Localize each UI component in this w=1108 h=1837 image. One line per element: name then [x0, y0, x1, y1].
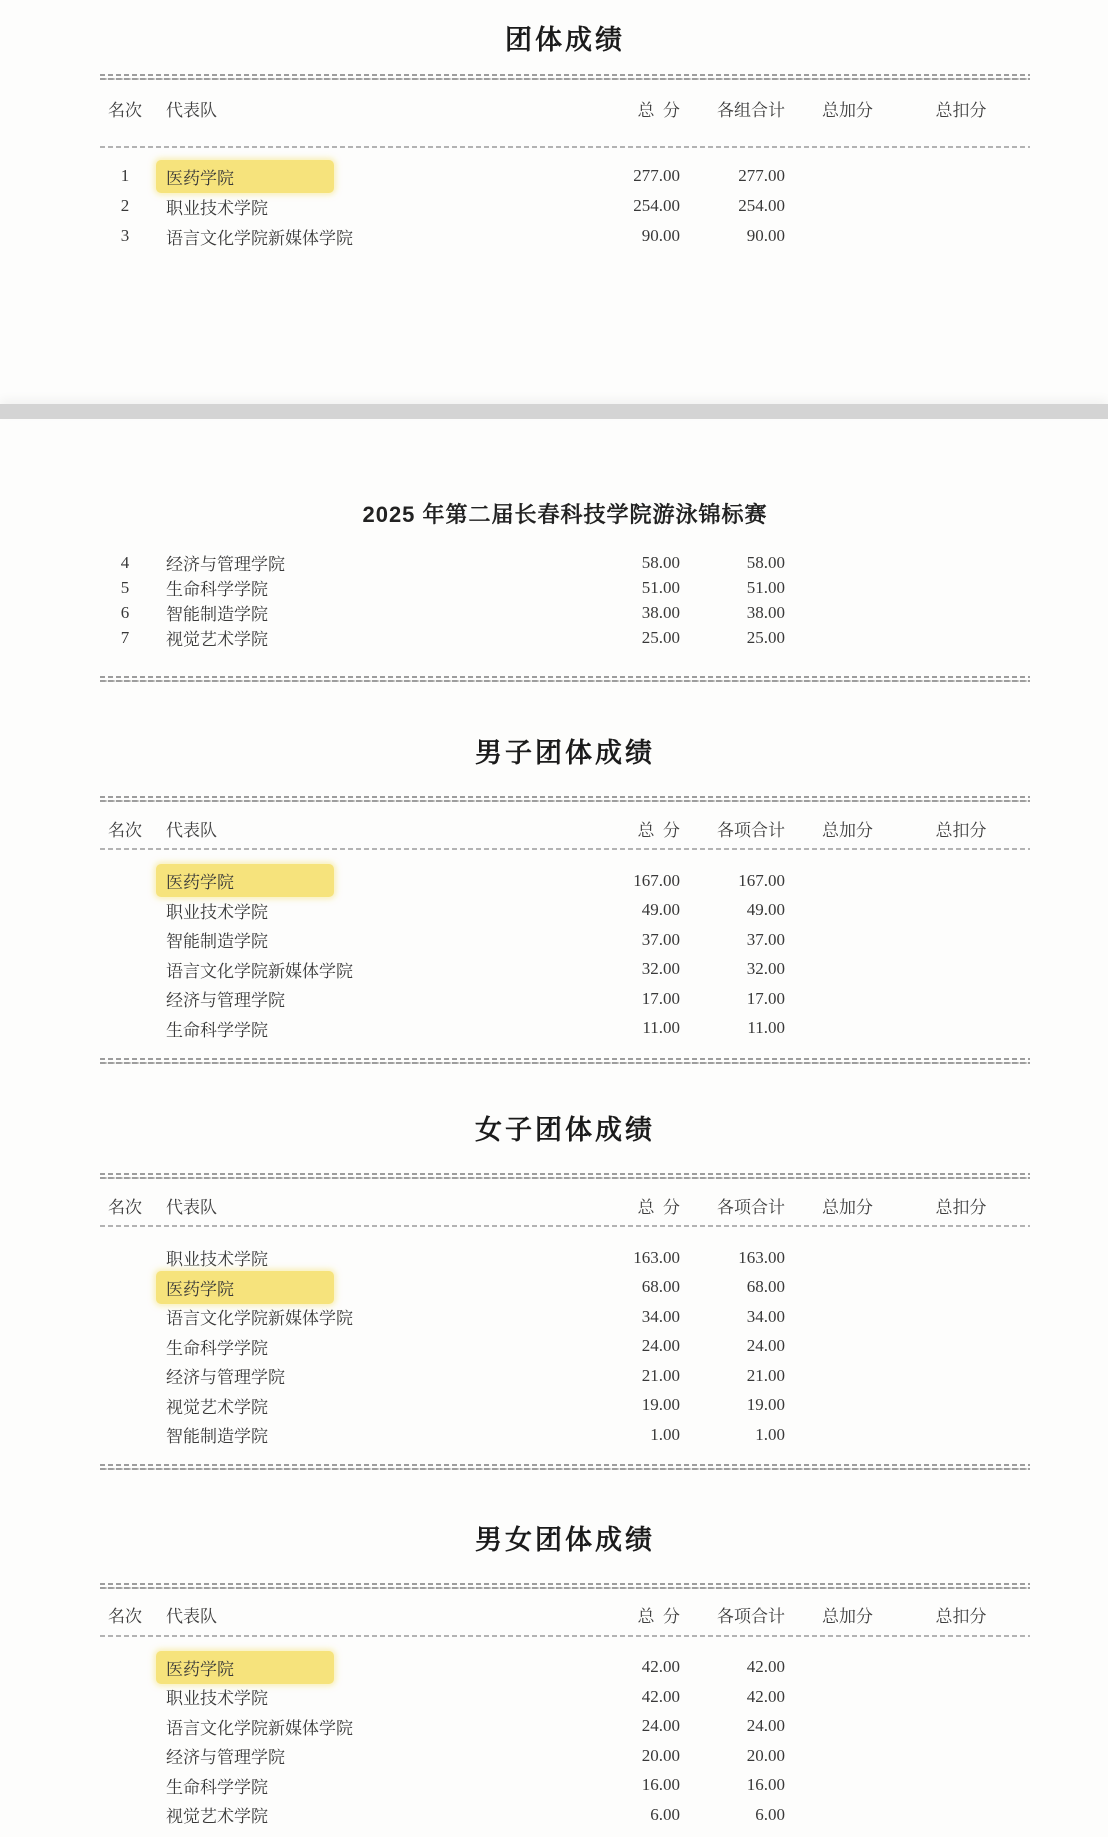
- team-name: 智能制造学院: [166, 932, 268, 951]
- row-subtotal: 68.00: [680, 1277, 785, 1297]
- row-rank: 6: [100, 603, 150, 623]
- row-subtotal: 32.00: [680, 959, 785, 979]
- col-total: 总 分: [540, 816, 680, 841]
- team-name-highlighted: 医药学院: [156, 160, 334, 193]
- row-total: 38.00: [540, 603, 680, 623]
- row-subtotal: 25.00: [680, 628, 785, 648]
- col-total: 总 分: [540, 1193, 680, 1218]
- row-subtotal: 277.00: [680, 166, 785, 186]
- col-deduction: 总扣分: [910, 816, 1030, 841]
- table-row: 1医药学院277.00277.00: [100, 161, 1030, 191]
- row-team: 经济与管理学院: [150, 550, 540, 575]
- row-rank: 3: [100, 226, 150, 246]
- col-subtotal: 各项合计: [680, 1193, 785, 1218]
- row-subtotal: 24.00: [680, 1716, 785, 1736]
- row-subtotal: 51.00: [680, 578, 785, 598]
- col-team: 代表队: [150, 96, 540, 121]
- table-row: 职业技术学院42.0042.00: [100, 1682, 1030, 1712]
- row-total: 21.00: [540, 1366, 680, 1386]
- row-subtotal: 42.00: [680, 1687, 785, 1707]
- table-rows-men: 医药学院167.00167.00职业技术学院49.0049.00智能制造学院37…: [100, 866, 1030, 1043]
- col-bonus: 总加分: [785, 816, 910, 841]
- team-name: 智能制造学院: [166, 1427, 268, 1446]
- document-title: 2025 年第二届长春科技学院游泳锦标赛: [100, 419, 1030, 528]
- team-name: 语言文化学院新媒体学院: [166, 229, 353, 248]
- col-subtotal: 各项合计: [680, 1602, 785, 1627]
- row-team: 职业技术学院: [150, 1245, 540, 1270]
- col-subtotal: 各项合计: [680, 816, 785, 841]
- divider-double: [100, 73, 1030, 81]
- section-title-overall: 团体成绩: [100, 0, 1030, 54]
- table-rows-mixed: 医药学院42.0042.00职业技术学院42.0042.00语言文化学院新媒体学…: [100, 1653, 1030, 1830]
- row-total: 68.00: [540, 1277, 680, 1297]
- row-total: 16.00: [540, 1775, 680, 1795]
- section-women: 女子团体成绩 名次 代表队 总 分 各项合计 总加分 总扣分 职业技术学院163…: [100, 1065, 1030, 1471]
- table-header-men: 名次 代表队 总 分 各项合计 总加分 总扣分: [100, 815, 1030, 841]
- table-row: 语言文化学院新媒体学院32.0032.00: [100, 955, 1030, 985]
- row-total: 20.00: [540, 1746, 680, 1766]
- col-total: 总 分: [540, 96, 680, 121]
- row-subtotal: 1.00: [680, 1425, 785, 1445]
- row-rank: 7: [100, 628, 150, 648]
- team-name: 语言文化学院新媒体学院: [166, 1309, 353, 1328]
- row-subtotal: 37.00: [680, 930, 785, 950]
- row-subtotal: 49.00: [680, 900, 785, 920]
- row-team: 语言文化学院新媒体学院: [150, 1714, 540, 1739]
- row-team: 语言文化学院新媒体学院: [150, 224, 540, 249]
- col-bonus: 总加分: [785, 1193, 910, 1218]
- row-total: 167.00: [540, 871, 680, 891]
- table-row: 智能制造学院37.0037.00: [100, 925, 1030, 955]
- divider-double: [100, 1057, 1030, 1065]
- divider-double: [100, 675, 1030, 683]
- row-total: 277.00: [540, 166, 680, 186]
- team-name: 生命科学学院: [166, 1778, 268, 1797]
- col-rank: 名次: [100, 816, 150, 841]
- row-team: 生命科学学院: [150, 575, 540, 600]
- team-name: 视觉艺术学院: [166, 1398, 268, 1417]
- row-subtotal: 90.00: [680, 226, 785, 246]
- team-name: 语言文化学院新媒体学院: [166, 962, 353, 981]
- col-deduction: 总扣分: [910, 1602, 1030, 1627]
- row-total: 6.00: [540, 1805, 680, 1825]
- row-total: 254.00: [540, 196, 680, 216]
- row-subtotal: 38.00: [680, 603, 785, 623]
- row-team: 生命科学学院: [150, 1016, 540, 1041]
- table-header-mixed: 名次 代表队 总 分 各项合计 总加分 总扣分: [100, 1602, 1030, 1628]
- table-row: 经济与管理学院21.0021.00: [100, 1361, 1030, 1391]
- table-row: 经济与管理学院17.0017.00: [100, 984, 1030, 1014]
- divider-double: [100, 1582, 1030, 1590]
- table-rows-overall: 1医药学院277.00277.002职业技术学院254.00254.003语言文…: [100, 161, 1030, 251]
- team-name: 生命科学学院: [166, 1339, 268, 1358]
- row-team: 经济与管理学院: [150, 1363, 540, 1388]
- table-header-overall: 名次 代表队 总 分 各组合计 总加分 总扣分: [100, 95, 1030, 121]
- row-total: 51.00: [540, 578, 680, 598]
- row-subtotal: 20.00: [680, 1746, 785, 1766]
- row-team: 语言文化学院新媒体学院: [150, 1304, 540, 1329]
- row-team: 智能制造学院: [150, 1422, 540, 1447]
- row-team: 视觉艺术学院: [150, 1393, 540, 1418]
- row-subtotal: 19.00: [680, 1395, 785, 1415]
- table-row: 7视觉艺术学院25.0025.00: [100, 625, 1030, 650]
- team-name: 智能制造学院: [166, 605, 268, 624]
- col-team: 代表队: [150, 1602, 540, 1627]
- row-rank: 1: [100, 166, 150, 186]
- table-row: 5生命科学学院51.0051.00: [100, 575, 1030, 600]
- team-name: 经济与管理学院: [166, 1368, 285, 1387]
- team-name: 经济与管理学院: [166, 555, 285, 574]
- col-rank: 名次: [100, 96, 150, 121]
- row-team: 智能制造学院: [150, 927, 540, 952]
- row-subtotal: 167.00: [680, 871, 785, 891]
- divider-single: [100, 1224, 1030, 1228]
- table-row: 智能制造学院1.001.00: [100, 1420, 1030, 1450]
- row-team: 医药学院: [150, 1655, 540, 1680]
- row-total: 49.00: [540, 900, 680, 920]
- divider-double: [100, 1463, 1030, 1471]
- row-total: 11.00: [540, 1018, 680, 1038]
- row-subtotal: 163.00: [680, 1248, 785, 1268]
- table-row: 生命科学学院24.0024.00: [100, 1332, 1030, 1362]
- row-team: 视觉艺术学院: [150, 625, 540, 650]
- table-row: 经济与管理学院20.0020.00: [100, 1741, 1030, 1771]
- team-name: 职业技术学院: [166, 903, 268, 922]
- team-name: 生命科学学院: [166, 580, 268, 599]
- section-title-mixed: 男女团体成绩: [100, 1526, 1030, 1554]
- table-row: 医药学院167.00167.00: [100, 866, 1030, 896]
- col-team: 代表队: [150, 1193, 540, 1218]
- team-name-highlighted: 医药学院: [156, 864, 334, 897]
- row-team: 职业技术学院: [150, 194, 540, 219]
- row-subtotal: 21.00: [680, 1366, 785, 1386]
- col-rank: 名次: [100, 1602, 150, 1627]
- row-total: 1.00: [540, 1425, 680, 1445]
- section-overall: 团体成绩 名次 代表队 总 分 各组合计 总加分 总扣分 1医药学院277.00…: [100, 0, 1030, 251]
- table-row: 医药学院42.0042.00: [100, 1653, 1030, 1683]
- row-subtotal: 58.00: [680, 553, 785, 573]
- row-team: 生命科学学院: [150, 1334, 540, 1359]
- table-row: 4经济与管理学院58.0058.00: [100, 550, 1030, 575]
- row-subtotal: 254.00: [680, 196, 785, 216]
- divider-double: [100, 795, 1030, 803]
- table-rows-overall-continuation: 4经济与管理学院58.0058.005生命科学学院51.0051.006智能制造…: [100, 550, 1030, 650]
- divider-double: [100, 1172, 1030, 1180]
- row-team: 医药学院: [150, 868, 540, 893]
- row-team: 职业技术学院: [150, 1684, 540, 1709]
- row-rank: 2: [100, 196, 150, 216]
- table-row: 6智能制造学院38.0038.00: [100, 600, 1030, 625]
- table-header-women: 名次 代表队 总 分 各项合计 总加分 总扣分: [100, 1192, 1030, 1218]
- row-subtotal: 6.00: [680, 1805, 785, 1825]
- col-subtotal: 各组合计: [680, 96, 785, 121]
- row-total: 58.00: [540, 553, 680, 573]
- row-total: 24.00: [540, 1716, 680, 1736]
- row-team: 语言文化学院新媒体学院: [150, 957, 540, 982]
- row-total: 42.00: [540, 1657, 680, 1677]
- table-row: 3语言文化学院新媒体学院90.0090.00: [100, 221, 1030, 251]
- results-document-page: 团体成绩 名次 代表队 总 分 各组合计 总加分 总扣分 1医药学院277.00…: [0, 0, 1108, 1837]
- row-subtotal: 16.00: [680, 1775, 785, 1795]
- table-row: 生命科学学院11.0011.00: [100, 1014, 1030, 1044]
- row-total: 34.00: [540, 1307, 680, 1327]
- team-name: 视觉艺术学院: [166, 630, 268, 649]
- col-bonus: 总加分: [785, 96, 910, 121]
- table-row: 视觉艺术学院19.0019.00: [100, 1391, 1030, 1421]
- section-men: 男子团体成绩 名次 代表队 总 分 各项合计 总加分 总扣分 医药学院167.0…: [100, 683, 1030, 1065]
- section-mixed: 男女团体成绩 名次 代表队 总 分 各项合计 总加分 总扣分 医药学院42.00…: [100, 1471, 1030, 1830]
- table-row: 视觉艺术学院6.006.00: [100, 1800, 1030, 1830]
- team-name: 职业技术学院: [166, 1689, 268, 1708]
- table-row: 职业技术学院163.00163.00: [100, 1243, 1030, 1273]
- team-name: 经济与管理学院: [166, 1748, 285, 1767]
- section-title-women: 女子团体成绩: [100, 1116, 1030, 1144]
- row-subtotal: 34.00: [680, 1307, 785, 1327]
- col-total: 总 分: [540, 1602, 680, 1627]
- col-deduction: 总扣分: [910, 1193, 1030, 1218]
- row-total: 17.00: [540, 989, 680, 1009]
- row-total: 37.00: [540, 930, 680, 950]
- row-team: 医药学院: [150, 1275, 540, 1300]
- row-team: 生命科学学院: [150, 1773, 540, 1798]
- team-name-highlighted: 医药学院: [156, 1271, 334, 1304]
- row-team: 医药学院: [150, 164, 540, 189]
- divider-single: [100, 1634, 1030, 1638]
- section-title-men: 男子团体成绩: [100, 739, 1030, 767]
- team-name: 经济与管理学院: [166, 991, 285, 1010]
- col-rank: 名次: [100, 1193, 150, 1218]
- divider-single: [100, 847, 1030, 851]
- team-name: 生命科学学院: [166, 1021, 268, 1040]
- row-total: 19.00: [540, 1395, 680, 1415]
- row-total: 163.00: [540, 1248, 680, 1268]
- row-team: 经济与管理学院: [150, 1743, 540, 1768]
- row-team: 职业技术学院: [150, 898, 540, 923]
- row-subtotal: 17.00: [680, 989, 785, 1009]
- row-team: 经济与管理学院: [150, 986, 540, 1011]
- team-name-highlighted: 医药学院: [156, 1651, 334, 1684]
- team-name: 视觉艺术学院: [166, 1807, 268, 1826]
- row-subtotal: 11.00: [680, 1018, 785, 1038]
- col-deduction: 总扣分: [910, 96, 1030, 121]
- col-bonus: 总加分: [785, 1602, 910, 1627]
- page-separator-band: [0, 404, 1108, 419]
- table-row: 生命科学学院16.0016.00: [100, 1771, 1030, 1801]
- team-name: 语言文化学院新媒体学院: [166, 1719, 353, 1738]
- table-row: 2职业技术学院254.00254.00: [100, 191, 1030, 221]
- row-total: 32.00: [540, 959, 680, 979]
- table-row: 语言文化学院新媒体学院24.0024.00: [100, 1712, 1030, 1742]
- col-team: 代表队: [150, 816, 540, 841]
- row-rank: 4: [100, 553, 150, 573]
- row-total: 90.00: [540, 226, 680, 246]
- row-total: 24.00: [540, 1336, 680, 1356]
- row-team: 视觉艺术学院: [150, 1802, 540, 1827]
- table-row: 语言文化学院新媒体学院34.0034.00: [100, 1302, 1030, 1332]
- table-row: 医药学院68.0068.00: [100, 1273, 1030, 1303]
- row-subtotal: 42.00: [680, 1657, 785, 1677]
- table-row: 职业技术学院49.0049.00: [100, 896, 1030, 926]
- row-rank: 5: [100, 578, 150, 598]
- section-overall-continuation: 2025 年第二届长春科技学院游泳锦标赛 4经济与管理学院58.0058.005…: [100, 419, 1030, 683]
- team-name: 职业技术学院: [166, 199, 268, 218]
- row-total: 25.00: [540, 628, 680, 648]
- row-total: 42.00: [540, 1687, 680, 1707]
- team-name: 职业技术学院: [166, 1250, 268, 1269]
- divider-single: [100, 145, 1030, 149]
- row-subtotal: 24.00: [680, 1336, 785, 1356]
- row-team: 智能制造学院: [150, 600, 540, 625]
- table-rows-women: 职业技术学院163.00163.00医药学院68.0068.00语言文化学院新媒…: [100, 1243, 1030, 1450]
